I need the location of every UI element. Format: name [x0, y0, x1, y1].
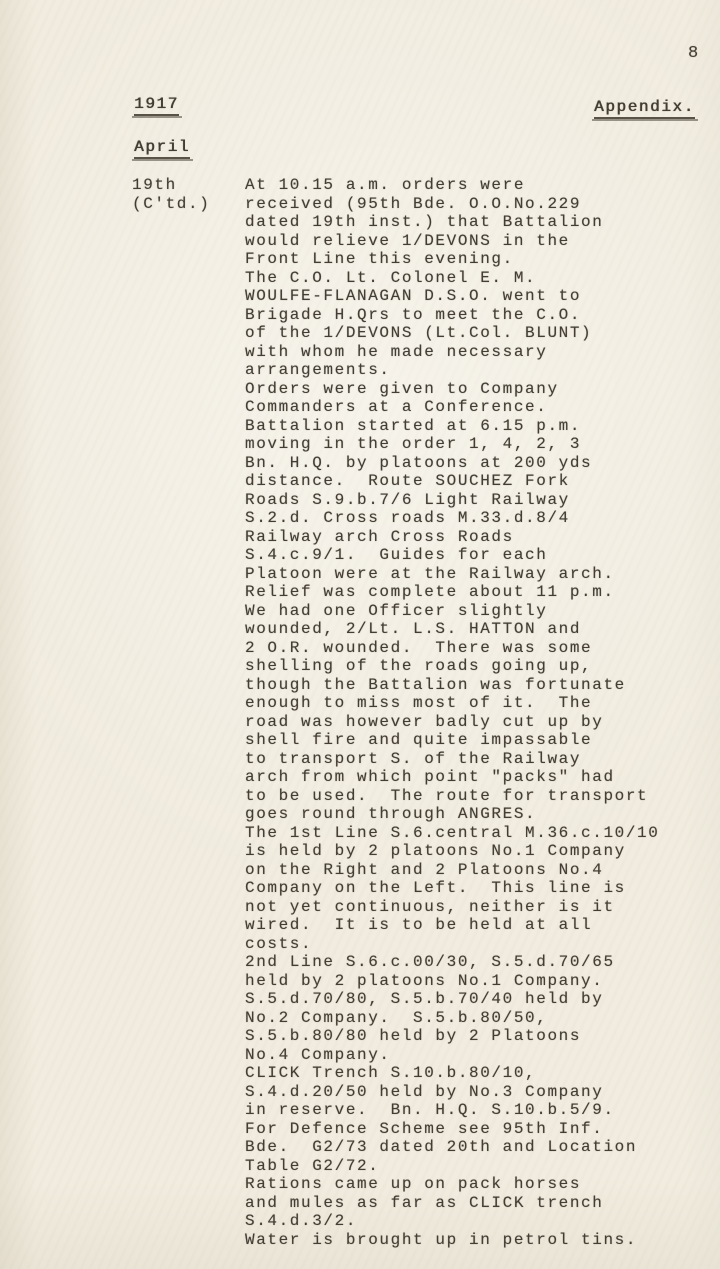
diary-line: Relief was complete about 11 p.m. — [245, 583, 659, 602]
diary-line: Commanders at a Conference. — [245, 398, 659, 417]
diary-line: received (95th Bde. O.O.No.229 — [245, 195, 659, 214]
diary-line: arrangements. — [245, 361, 659, 380]
diary-line: arch from which point "packs" had — [245, 768, 659, 787]
appendix-heading: Appendix. — [594, 98, 695, 119]
diary-line: We had one Officer slightly — [245, 602, 659, 621]
diary-entry-text: At 10.15 a.m. orders werereceived (95th … — [245, 176, 659, 1249]
document-page: 8 1917 Appendix. April 19th (C'td.) At 1… — [0, 0, 720, 1269]
diary-line: shelling of the roads going up, — [245, 657, 659, 676]
diary-line: The C.O. Lt. Colonel E. M. — [245, 269, 659, 288]
diary-line: S.4.c.9/1. Guides for each — [245, 546, 659, 565]
diary-line: of the 1/DEVONS (Lt.Col. BLUNT) — [245, 324, 659, 343]
diary-line: CLICK Trench S.10.b.80/10, — [245, 1064, 659, 1083]
diary-line: No.4 Company. — [245, 1046, 659, 1065]
diary-line: No.2 Company. S.5.b.80/50, — [245, 1009, 659, 1028]
diary-line: Bn. H.Q. by platoons at 200 yds — [245, 454, 659, 473]
diary-line: Rations came up on pack horses — [245, 1175, 659, 1194]
diary-line: S.4.d.3/2. — [245, 1212, 659, 1231]
diary-line: road was however badly cut up by — [245, 713, 659, 732]
margin-date-column: 19th (C'td.) — [132, 176, 210, 213]
margin-day: 19th — [132, 176, 210, 195]
diary-line: At 10.15 a.m. orders were — [245, 176, 659, 195]
month-heading: April — [134, 138, 190, 159]
diary-line: For Defence Scheme see 95th Inf. — [245, 1120, 659, 1139]
diary-line: goes round through ANGRES. — [245, 805, 659, 824]
diary-line: on the Right and 2 Platoons No.4 — [245, 861, 659, 880]
diary-line: to be used. The route for transport — [245, 787, 659, 806]
diary-line: S.2.d. Cross roads M.33.d.8/4 — [245, 509, 659, 528]
diary-line: held by 2 platoons No.1 Company. — [245, 972, 659, 991]
diary-line: Orders were given to Company — [245, 380, 659, 399]
diary-line: Railway arch Cross Roads — [245, 528, 659, 547]
diary-line: is held by 2 platoons No.1 Company — [245, 842, 659, 861]
diary-line: Company on the Left. This line is — [245, 879, 659, 898]
diary-line: S.5.b.80/80 held by 2 Platoons — [245, 1027, 659, 1046]
diary-line: Bde. G2/73 dated 20th and Location — [245, 1138, 659, 1157]
diary-line: shell fire and quite impassable — [245, 731, 659, 750]
diary-line: Front Line this evening. — [245, 250, 659, 269]
diary-line: distance. Route SOUCHEZ Fork — [245, 472, 659, 491]
diary-line: though the Battalion was fortunate — [245, 676, 659, 695]
diary-line: Platoon were at the Railway arch. — [245, 565, 659, 584]
diary-line: enough to miss most of it. The — [245, 694, 659, 713]
diary-line: wired. It is to be held at all — [245, 916, 659, 935]
diary-line: would relieve 1/DEVONS in the — [245, 232, 659, 251]
diary-line: S.5.d.70/80, S.5.b.70/40 held by — [245, 990, 659, 1009]
diary-line: Roads S.9.b.7/6 Light Railway — [245, 491, 659, 510]
diary-line: in reserve. Bn. H.Q. S.10.b.5/9. — [245, 1101, 659, 1120]
diary-line: Table G2/72. — [245, 1157, 659, 1176]
diary-line: Brigade H.Qrs to meet the C.O. — [245, 306, 659, 325]
diary-line: and mules as far as CLICK trench — [245, 1194, 659, 1213]
diary-line: 2nd Line S.6.c.00/30, S.5.d.70/65 — [245, 953, 659, 972]
diary-line: 2 O.R. wounded. There was some — [245, 639, 659, 658]
diary-line: to transport S. of the Railway — [245, 750, 659, 769]
margin-continued: (C'td.) — [132, 195, 210, 214]
diary-line: with whom he made necessary — [245, 343, 659, 362]
year-heading: 1917 — [134, 95, 179, 116]
diary-line: The 1st Line S.6.central M.36.c.10/10 — [245, 824, 659, 843]
page-number: 8 — [688, 44, 700, 63]
diary-line: Battalion started at 6.15 p.m. — [245, 417, 659, 436]
diary-line: S.4.d.20/50 held by No.3 Company — [245, 1083, 659, 1102]
diary-line: WOULFE-FLANAGAN D.S.O. went to — [245, 287, 659, 306]
diary-line: not yet continuous, neither is it — [245, 898, 659, 917]
diary-line: wounded, 2/Lt. L.S. HATTON and — [245, 620, 659, 639]
diary-line: Water is brought up in petrol tins. — [245, 1231, 659, 1250]
diary-line: costs. — [245, 935, 659, 954]
diary-line: dated 19th inst.) that Battalion — [245, 213, 659, 232]
diary-line: moving in the order 1, 4, 2, 3 — [245, 435, 659, 454]
